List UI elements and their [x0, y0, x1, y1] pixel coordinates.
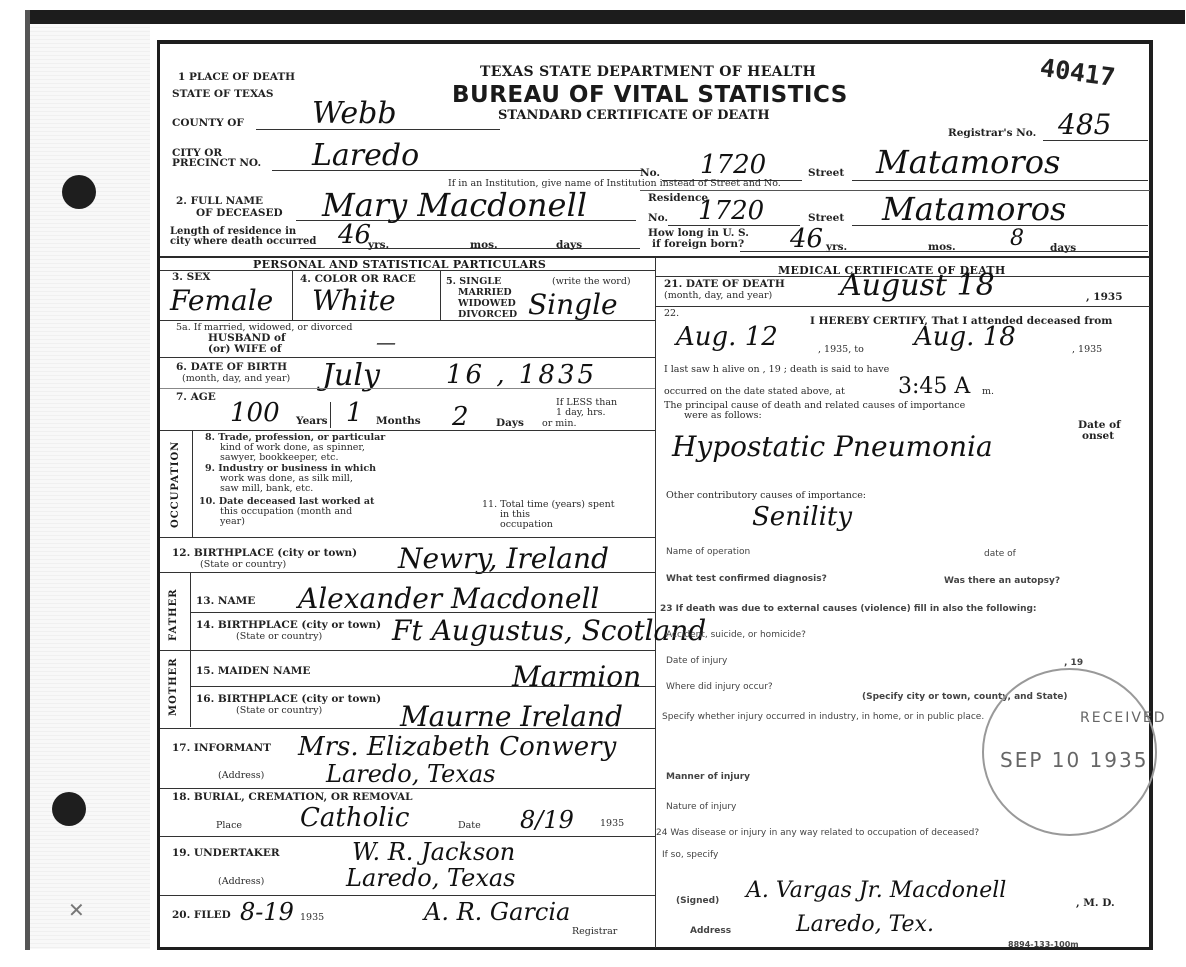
- father-vertical-label: FATHER: [168, 580, 179, 650]
- signed-label: (Signed): [676, 896, 719, 906]
- years-label: Years: [296, 416, 328, 427]
- test-label: What test confirmed diagnosis?: [666, 574, 827, 584]
- undertaker-address-label: (Address): [218, 876, 264, 887]
- occupation-9-label-3: saw mill, bank, etc.: [220, 483, 313, 494]
- residence-number: 1720: [698, 196, 764, 226]
- occurred-text: occurred on the date stated above, at: [664, 386, 845, 397]
- scan-margin: [30, 24, 150, 949]
- us-days: 8: [1010, 226, 1024, 251]
- registrar-label: Registrar's No.: [948, 128, 1036, 139]
- mother-birthplace-label: 16. BIRTHPLACE (city or town): [196, 694, 381, 705]
- burial-place: Catholic: [300, 803, 409, 833]
- last-saw-text: I last saw h alive on , 19 ; death is sa…: [664, 364, 889, 375]
- spouse-value: —: [376, 330, 396, 354]
- manner-label: Manner of injury: [666, 772, 750, 782]
- marital-single-label: 5. SINGLE: [446, 276, 501, 287]
- informant-address-label: (Address): [218, 770, 264, 781]
- place-of-death-label: 1 PLACE OF DEATH: [178, 72, 295, 83]
- sex-value: Female: [170, 284, 273, 317]
- department-title: TEXAS STATE DEPARTMENT OF HEALTH: [480, 64, 816, 80]
- days-label: days: [556, 240, 582, 251]
- burial-date: 8/19: [520, 806, 574, 834]
- burial-year: 1935: [600, 818, 624, 829]
- physician-address: Laredo, Tex.: [796, 912, 934, 937]
- death-street-number: 1720: [700, 150, 766, 180]
- of-deceased-label: OF DECEASED: [196, 208, 283, 219]
- registrar-number: 485: [1058, 108, 1111, 141]
- other-causes-value: Senility: [752, 502, 852, 532]
- physician-address-label: Address: [690, 926, 731, 936]
- stamp-received: RECEIVED: [1080, 710, 1167, 726]
- father-birthplace: Ft Augustus, Scotland: [392, 614, 706, 647]
- external-causes-label: 23 If death was due to external causes (…: [660, 604, 1037, 614]
- months-label: Months: [376, 416, 421, 427]
- binder-hole-icon: [62, 175, 96, 209]
- informant-address: Laredo, Texas: [326, 760, 496, 788]
- cause-of-death: Hypostatic Pneumonia: [672, 430, 993, 463]
- marital-married-label: MARRIED: [458, 287, 512, 298]
- undertaker-address: Laredo, Texas: [346, 864, 516, 892]
- attended-from: Aug. 12: [676, 322, 778, 352]
- mother-name-label: 15. MAIDEN NAME: [196, 666, 310, 677]
- county-label: COUNTY OF: [172, 118, 244, 129]
- accident-label: Accident, suicide, or homicide?: [666, 630, 806, 640]
- dod-label: 21. DATE OF DEATH: [664, 279, 785, 290]
- dod-format-label: (month, day, and year): [664, 290, 772, 301]
- specify-industry-label: Specify whether injury occurred in indus…: [662, 712, 984, 722]
- binder-hole-icon: [52, 792, 86, 826]
- md-label: , M. D.: [1076, 898, 1115, 909]
- if-so-label: If so, specify: [662, 850, 718, 860]
- where-injury-label: Where did injury occur?: [666, 682, 773, 692]
- occupation-8-label-3: sawyer, bookkeeper, etc.: [220, 452, 339, 463]
- age-years: 100: [230, 398, 280, 428]
- dod-value: August 18: [840, 268, 995, 303]
- death-street: Matamoros: [876, 143, 1060, 181]
- res-no-label: No.: [648, 213, 668, 224]
- min-label: or min.: [542, 418, 576, 429]
- attended-to-year: , 1935: [1072, 344, 1102, 355]
- father-name-label: 13. NAME: [196, 596, 255, 607]
- question-24-label: 24 Was disease or injury in any way rela…: [656, 828, 979, 838]
- race-value: White: [312, 284, 396, 317]
- sex-label: 3. SEX: [172, 272, 210, 283]
- state-label: STATE OF TEXAS: [172, 89, 273, 100]
- autopsy-label: Was there an autopsy?: [944, 576, 1060, 586]
- x-mark-icon: ✕: [68, 898, 85, 922]
- injury-year: , 19: [1064, 658, 1083, 668]
- occupation-11-label-3: occupation: [500, 519, 553, 530]
- other-causes-label: Other contributory causes of importance:: [666, 490, 866, 501]
- filed-value: 8-19: [240, 898, 294, 926]
- mother-name: Marmion: [512, 660, 641, 693]
- informant-label: 17. INFORMANT: [172, 743, 271, 754]
- dod-year: , 1935: [1086, 292, 1123, 303]
- date-of-onset-label-2: onset: [1082, 431, 1114, 442]
- dob-label: 6. DATE OF BIRTH: [176, 362, 287, 373]
- undertaker-value: W. R. Jackson: [352, 838, 515, 866]
- place-label: Place: [216, 820, 242, 831]
- county-value: Webb: [312, 96, 397, 131]
- birthplace-label: 12. BIRTHPLACE (city or town): [172, 548, 357, 559]
- mother-vertical-label: MOTHER: [168, 652, 179, 722]
- occupation-vertical-label: OCCUPATION: [170, 436, 181, 532]
- precinct-label: PRECINCT NO.: [172, 158, 261, 169]
- operation-date-label: date of: [984, 549, 1016, 559]
- attended-from-year: , 1935, to: [818, 344, 864, 355]
- operation-label: Name of operation: [666, 547, 750, 557]
- injury-date-label: Date of injury: [666, 656, 727, 666]
- yrs-label: yrs.: [368, 240, 389, 251]
- burial-label: 18. BURIAL, CREMATION, OR REMOVAL: [172, 792, 413, 803]
- filed-label: 20. FILED: [172, 910, 231, 921]
- bureau-title: BUREAU OF VITAL STATISTICS: [452, 82, 848, 108]
- occupation-10-label-3: year): [220, 516, 245, 527]
- hrs-label: 1 day, hrs.: [556, 407, 606, 418]
- principal-cause-label-2: were as follows:: [684, 410, 762, 421]
- us-mos-label: mos.: [928, 242, 956, 253]
- marital-value: Single: [528, 288, 618, 321]
- residence-length-label-2: city where death occurred: [170, 236, 316, 247]
- us-label-2: if foreign born?: [652, 239, 744, 250]
- undertaker-label: 19. UNDERTAKER: [172, 848, 280, 859]
- age-months: 1: [346, 398, 363, 428]
- wife-label: (or) WIFE of: [208, 344, 281, 355]
- res-street-label: Street: [808, 213, 844, 224]
- street-label: Street: [808, 168, 844, 179]
- physician-signature: A. Vargas Jr. Macdonell: [746, 878, 1006, 903]
- birthplace-value: Newry, Ireland: [398, 542, 609, 575]
- cert-number: 22.: [664, 308, 679, 319]
- stamp-date: SEP 10 1935: [1000, 748, 1148, 772]
- marital-hint: (write the word): [552, 276, 631, 287]
- form-number: 8894-133-100m: [1008, 940, 1079, 949]
- time-suffix: m.: [982, 386, 994, 397]
- dob-format-label: (month, day, and year): [182, 373, 290, 384]
- burial-date-label: Date: [458, 820, 481, 831]
- attended-to: Aug. 18: [914, 322, 1016, 352]
- marital-widowed-label: WIDOWED: [458, 298, 516, 309]
- certificate-title: STANDARD CERTIFICATE OF DEATH: [498, 108, 770, 123]
- marital-divorced-label: DIVORCED: [458, 309, 517, 320]
- us-yrs-label: yrs.: [826, 242, 847, 253]
- father-birthplace-label-2: (State or country): [236, 631, 322, 642]
- us-years: 46: [790, 224, 823, 254]
- residence-street: Matamoros: [882, 190, 1066, 228]
- birthplace-label-2: (State or country): [200, 559, 286, 570]
- deceased-name: Mary Macdonell: [322, 186, 587, 224]
- full-name-label: 2. FULL NAME: [176, 196, 263, 207]
- mos-label: mos.: [470, 240, 498, 251]
- filed-year: 1935: [300, 912, 324, 923]
- father-name: Alexander Macdonell: [298, 582, 599, 615]
- city-value: Laredo: [312, 138, 419, 173]
- us-days-label: days: [1050, 243, 1076, 254]
- father-birthplace-label: 14. BIRTHPLACE (city or town): [196, 620, 381, 631]
- residence-years: 46: [338, 220, 371, 250]
- registrar-signature: A. R. Garcia: [424, 898, 570, 926]
- time-of-death: 3:45 A: [898, 374, 970, 399]
- age-label: 7. AGE: [176, 392, 216, 403]
- dob-day-year: 16 , 1835: [446, 360, 597, 390]
- days-label: Days: [496, 418, 524, 429]
- age-days: 2: [452, 402, 469, 432]
- nature-label: Nature of injury: [666, 802, 736, 812]
- registrar-word: Registrar: [572, 926, 617, 937]
- scan-border-top: [25, 10, 1185, 24]
- mother-birthplace-label-2: (State or country): [236, 705, 322, 716]
- informant-value: Mrs. Elizabeth Conwery: [298, 732, 616, 762]
